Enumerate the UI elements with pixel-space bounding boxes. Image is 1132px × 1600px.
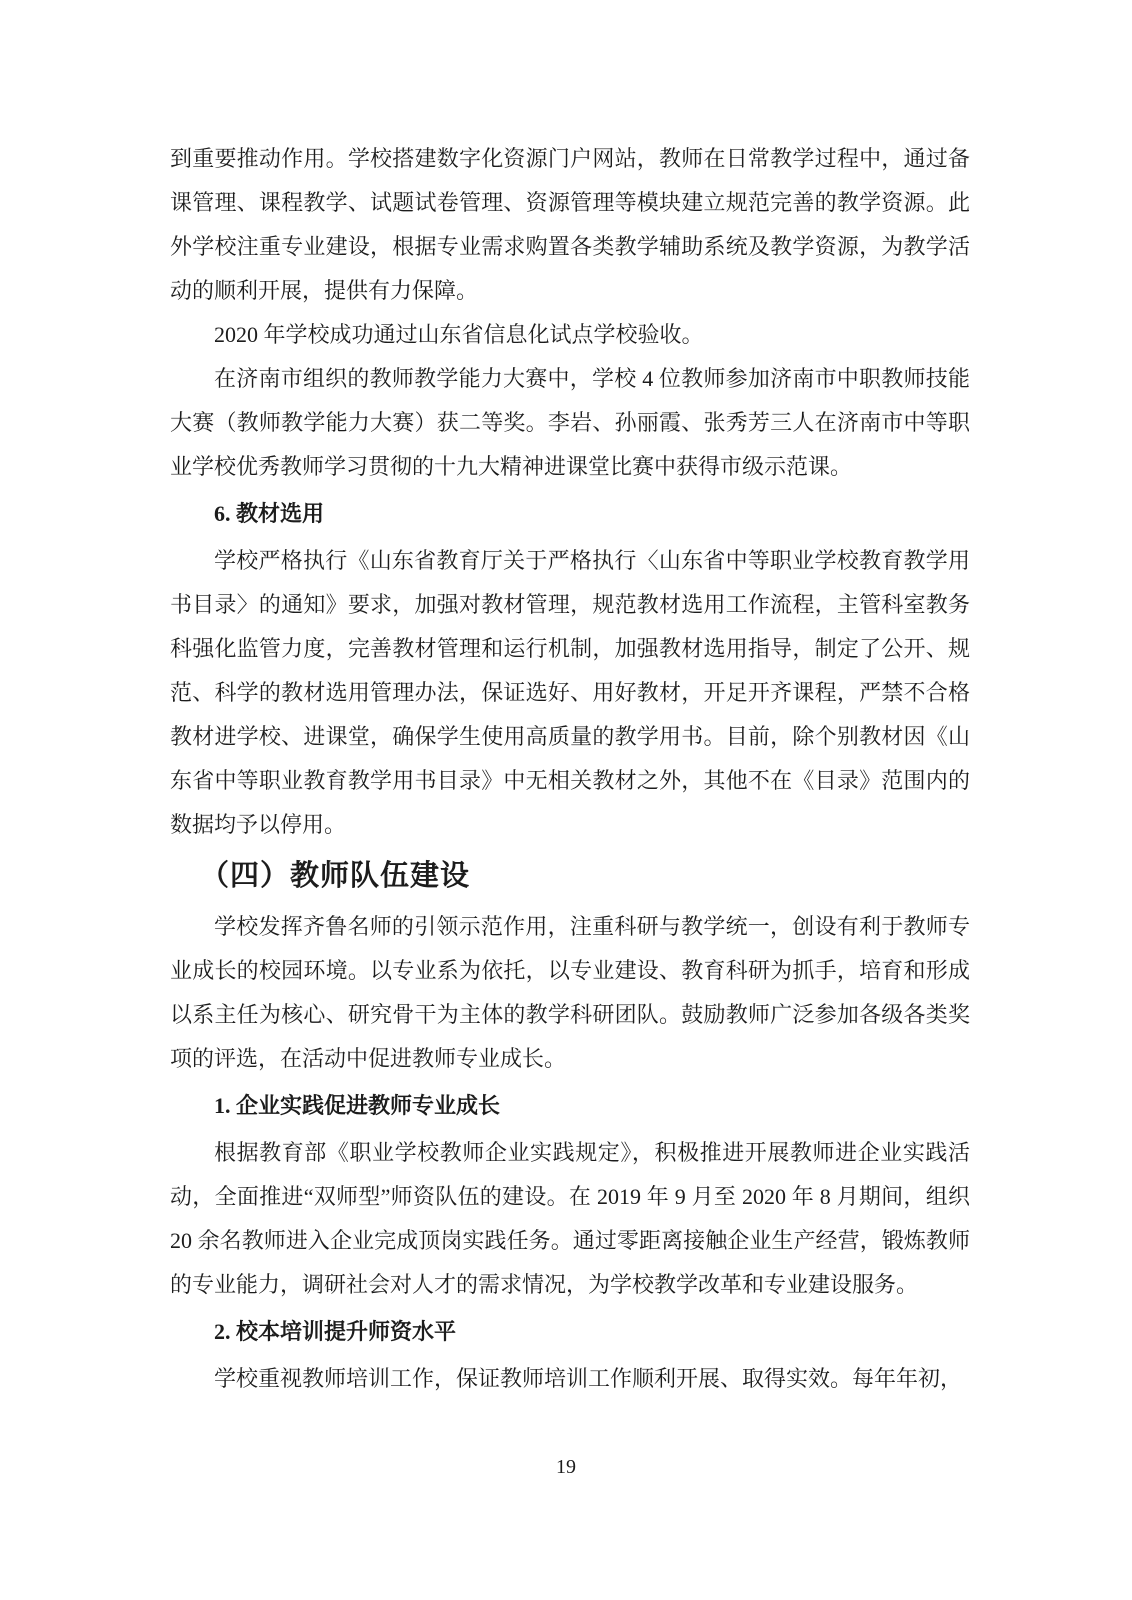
paragraph: 学校严格执行《山东省教育厅关于严格执行〈山东省中等职业学校教育教学用书目录〉的通…: [170, 539, 970, 847]
paragraph: 2020 年学校成功通过山东省信息化试点学校验收。: [170, 313, 970, 357]
paragraph: 根据教育部《职业学校教师企业实践规定》，积极推进开展教师进企业实践活动，全面推进…: [170, 1131, 970, 1307]
paragraph: 学校发挥齐鲁名师的引领示范作用，注重科研与教学统一，创设有利于教师专业成长的校园…: [170, 905, 970, 1081]
subsection-heading-enterprise-practice: 1. 企业实践促进教师专业成长: [170, 1081, 970, 1131]
subsection-heading-textbook-selection: 6. 教材选用: [170, 489, 970, 539]
paragraph: 学校重视教师培训工作，保证教师培训工作顺利开展、取得实效。每年年初，: [170, 1357, 970, 1401]
paragraph: 到重要推动作用。学校搭建数字化资源门户网站，教师在日常教学过程中，通过备课管理、…: [170, 137, 970, 313]
document-page: 到重要推动作用。学校搭建数字化资源门户网站，教师在日常教学过程中，通过备课管理、…: [0, 0, 1132, 1600]
page-number: 19: [0, 1455, 1132, 1479]
subsection-heading-school-based-training: 2. 校本培训提升师资水平: [170, 1307, 970, 1357]
document-body: 到重要推动作用。学校搭建数字化资源门户网站，教师在日常教学过程中，通过备课管理、…: [170, 137, 970, 1401]
paragraph: 在济南市组织的教师教学能力大赛中，学校 4 位教师参加济南市中职教师技能大赛（教…: [170, 357, 970, 489]
section-heading-teacher-team-building: （四）教师队伍建设: [170, 847, 970, 905]
